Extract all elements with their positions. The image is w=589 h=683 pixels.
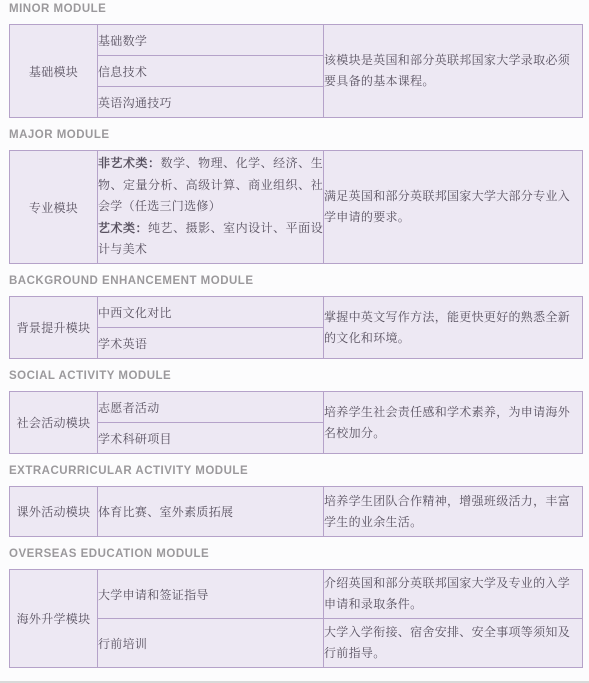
section-minor-module: MINOR MODULE 基础模块 基础数学 该模块是英国和部分英联邦国家大学录… xyxy=(9,2,581,118)
table-row: 海外升学模块 大学申请和签证指导 介绍英国和部分英联邦国家大学及专业的入学申请和… xyxy=(10,570,583,619)
course-cell: 中西文化对比 xyxy=(98,297,324,328)
section-heading: MAJOR MODULE xyxy=(9,128,581,142)
background-enhancement-table: 背景提升模块 中西文化对比 掌握中英文写作方法，能更快更好的熟悉全新的文化和环境… xyxy=(9,296,583,359)
section-heading: SOCIAL ACTIVITY MODULE xyxy=(9,369,581,383)
description-cell: 掌握中英文写作方法，能更快更好的熟悉全新的文化和环境。 xyxy=(324,297,583,359)
course-cell: 信息技术 xyxy=(98,56,324,87)
course-cell: 志愿者活动 xyxy=(98,392,324,423)
course-cell: 大学申请和签证指导 xyxy=(98,570,324,619)
section-heading: MINOR MODULE xyxy=(9,2,581,16)
module-name-cell: 社会活动模块 xyxy=(10,392,98,454)
course-group-label: 艺术类： xyxy=(98,221,148,235)
module-name-cell: 海外升学模块 xyxy=(10,570,98,668)
table-row: 背景提升模块 中西文化对比 掌握中英文写作方法，能更快更好的熟悉全新的文化和环境… xyxy=(10,297,583,328)
course-group-art: 艺术类：纯艺、摄影、室内设计、平面设计与美术 xyxy=(98,218,323,261)
section-overseas-education-module: OVERSEAS EDUCATION MODULE 海外升学模块 大学申请和签证… xyxy=(9,547,581,668)
course-cell: 非艺术类：数学、物理、化学、经济、生物、定量分析、高级计算、商业组织、社会学（任… xyxy=(98,151,324,264)
section-heading: OVERSEAS EDUCATION MODULE xyxy=(9,547,581,561)
description-cell: 该模块是英国和部分英联邦国家大学录取必须要具备的基本课程。 xyxy=(324,25,583,118)
course-group-label: 非艺术类： xyxy=(98,156,161,170)
course-cell: 行前培训 xyxy=(98,619,324,668)
course-cell: 基础数学 xyxy=(98,25,324,56)
section-background-enhancement-module: BACKGROUND ENHANCEMENT MODULE 背景提升模块 中西文… xyxy=(9,274,581,359)
extracurricular-activity-table: 课外活动模块 体育比赛、室外素质拓展 培养学生团队合作精神，增强班级活力，丰富学… xyxy=(9,486,583,537)
overseas-education-table: 海外升学模块 大学申请和签证指导 介绍英国和部分英联邦国家大学及专业的入学申请和… xyxy=(9,569,583,668)
description-cell: 介绍英国和部分英联邦国家大学及专业的入学申请和录取条件。 xyxy=(324,570,583,619)
course-cell: 学术英语 xyxy=(98,328,324,359)
minor-module-table: 基础模块 基础数学 该模块是英国和部分英联邦国家大学录取必须要具备的基本课程。 … xyxy=(9,24,583,118)
course-cell: 体育比赛、室外素质拓展 xyxy=(98,487,324,537)
description-cell: 大学入学衔接、宿舍安排、安全事项等须知及行前指导。 xyxy=(324,619,583,668)
course-group-non-art: 非艺术类：数学、物理、化学、经济、生物、定量分析、高级计算、商业组织、社会学（任… xyxy=(98,153,323,218)
major-module-table: 专业模块 非艺术类：数学、物理、化学、经济、生物、定量分析、高级计算、商业组织、… xyxy=(9,150,583,264)
table-row: 课外活动模块 体育比赛、室外素质拓展 培养学生团队合作精神，增强班级活力，丰富学… xyxy=(10,487,583,537)
module-name-cell: 基础模块 xyxy=(10,25,98,118)
course-cell: 学术科研项目 xyxy=(98,423,324,454)
table-row: 社会活动模块 志愿者活动 培养学生社会责任感和学术素养，为申请海外名校加分。 xyxy=(10,392,583,423)
social-activity-table: 社会活动模块 志愿者活动 培养学生社会责任感和学术素养，为申请海外名校加分。 学… xyxy=(9,391,583,454)
section-major-module: MAJOR MODULE 专业模块 非艺术类：数学、物理、化学、经济、生物、定量… xyxy=(9,128,581,264)
description-cell: 培养学生社会责任感和学术素养，为申请海外名校加分。 xyxy=(324,392,583,454)
table-row: 基础模块 基础数学 该模块是英国和部分英联邦国家大学录取必须要具备的基本课程。 xyxy=(10,25,583,56)
section-extracurricular-activity-module: EXTRACURRICULAR ACTIVITY MODULE 课外活动模块 体… xyxy=(9,464,581,537)
table-row: 专业模块 非艺术类：数学、物理、化学、经济、生物、定量分析、高级计算、商业组织、… xyxy=(10,151,583,264)
curriculum-page: MINOR MODULE 基础模块 基础数学 该模块是英国和部分英联邦国家大学录… xyxy=(0,0,589,683)
module-name-cell: 背景提升模块 xyxy=(10,297,98,359)
description-cell: 满足英国和部分英联邦国家大学大部分专业入学申请的要求。 xyxy=(324,151,583,264)
module-name-cell: 专业模块 xyxy=(10,151,98,264)
section-heading: EXTRACURRICULAR ACTIVITY MODULE xyxy=(9,464,581,478)
description-cell: 培养学生团队合作精神，增强班级活力，丰富学生的业余生活。 xyxy=(324,487,583,537)
module-name-cell: 课外活动模块 xyxy=(10,487,98,537)
section-heading: BACKGROUND ENHANCEMENT MODULE xyxy=(9,274,581,288)
course-cell: 英语沟通技巧 xyxy=(98,87,324,118)
section-social-activity-module: SOCIAL ACTIVITY MODULE 社会活动模块 志愿者活动 培养学生… xyxy=(9,369,581,454)
